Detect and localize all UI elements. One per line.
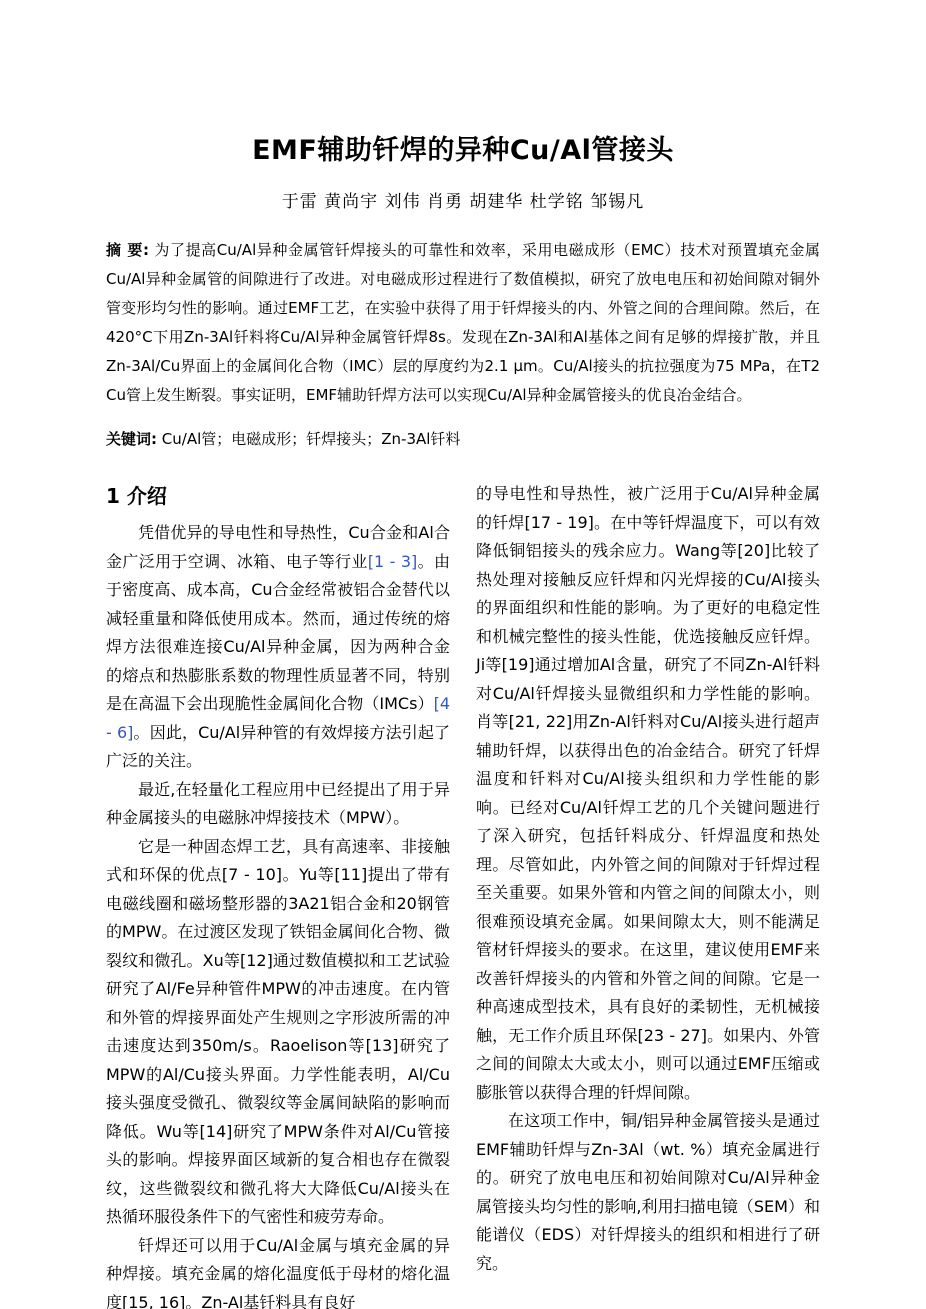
paragraph: 在这项工作中，铜/铝异种金属管接头是通过EMF辅助钎焊与Zn-3Al（wt. %… [476, 1107, 820, 1278]
citation-link[interactable]: [1 - 3] [368, 552, 418, 571]
paragraph: 的导电性和导热性，被广泛用于Cu/Al异种金属的钎焊[17 - 19]。在中等钎… [476, 480, 820, 1107]
keywords-block: 关键词: Cu/Al管；电磁成形；钎焊接头；Zn-3Al钎料 [106, 425, 820, 454]
abstract-text: 为了提高Cu/Al异种金属管钎焊接头的可靠性和效率，采用电磁成形（EMC）技术对… [106, 241, 820, 404]
keywords-text: Cu/Al管；电磁成形；钎焊接头；Zn-3Al钎料 [162, 430, 461, 448]
abstract-label: 摘 要: [106, 241, 149, 259]
right-column-text: 的导电性和导热性，被广泛用于Cu/Al异种金属的钎焊[17 - 19]。在中等钎… [476, 480, 820, 1278]
paper-page: EMF辅助钎焊的异种Cu/Al管接头 于雷 黄尚宇 刘伟 肖勇 胡建华 杜学铭 … [0, 0, 926, 1309]
text-run: 它是一种固态焊工艺，具有高速率、非接触式和环保的优点[7 - 10]。Yu等[1… [106, 837, 450, 1227]
paragraph: 它是一种固态焊工艺，具有高速率、非接触式和环保的优点[7 - 10]。Yu等[1… [106, 833, 450, 1232]
text-run: 在这项工作中，铜/铝异种金属管接头是通过EMF辅助钎焊与Zn-3Al（wt. %… [476, 1111, 820, 1273]
paragraph: 钎焊还可以用于Cu/Al金属与填充金属的异种焊接。填充金属的熔化温度低于母材的熔… [106, 1232, 450, 1309]
abstract-block: 摘 要: 为了提高Cu/Al异种金属管钎焊接头的可靠性和效率，采用电磁成形（EM… [106, 236, 820, 410]
right-column: 的导电性和导热性，被广泛用于Cu/Al异种金属的钎焊[17 - 19]。在中等钎… [476, 480, 820, 1309]
text-run: 。因此，Cu/Al异种管的有效焊接方法引起了广泛的关注。 [106, 723, 450, 771]
text-run: 最近,在轻量化工程应用中已经提出了用于异种金属接头的电磁脉冲焊接技术（MPW）。 [106, 780, 450, 828]
left-column-text: 凭借优异的导电性和导热性，Cu合金和Al合金广泛用于空调、冰箱、电子等行业[1 … [106, 519, 450, 1309]
text-run: 。由于密度高、成本高，Cu合金经常被铝合金替代以减轻重量和降低使用成本。然而，通… [106, 552, 450, 714]
two-column-body: 1 介绍 凭借优异的导电性和导热性，Cu合金和Al合金广泛用于空调、冰箱、电子等… [106, 480, 820, 1309]
paragraph: 凭借优异的导电性和导热性，Cu合金和Al合金广泛用于空调、冰箱、电子等行业[1 … [106, 519, 450, 776]
authors-line: 于雷 黄尚宇 刘伟 肖勇 胡建华 杜学铭 邹锡凡 [106, 187, 820, 212]
section-1-heading: 1 介绍 [106, 480, 450, 509]
paragraph: 最近,在轻量化工程应用中已经提出了用于异种金属接头的电磁脉冲焊接技术（MPW）。 [106, 776, 450, 833]
left-column: 1 介绍 凭借优异的导电性和导热性，Cu合金和Al合金广泛用于空调、冰箱、电子等… [106, 480, 450, 1309]
paper-title: EMF辅助钎焊的异种Cu/Al管接头 [106, 128, 820, 167]
keywords-label: 关键词: [106, 430, 157, 448]
text-run: 的导电性和导热性，被广泛用于Cu/Al异种金属的钎焊[17 - 19]。在中等钎… [476, 484, 820, 1102]
text-run: 钎焊还可以用于Cu/Al金属与填充金属的异种焊接。填充金属的熔化温度低于母材的熔… [106, 1236, 450, 1309]
